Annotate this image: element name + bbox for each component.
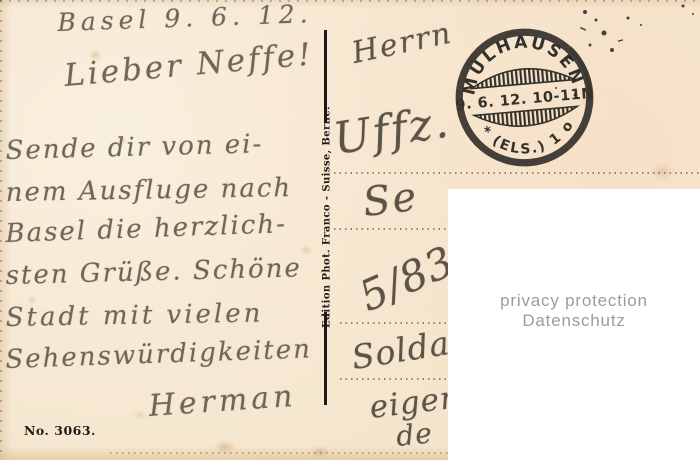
handwritten-address-line: Se bbox=[360, 174, 420, 226]
handwritten-message-line: nem Ausfluge nach bbox=[5, 173, 292, 208]
handwritten-address-line: Herrn bbox=[349, 16, 456, 71]
address-dotted-line bbox=[334, 172, 700, 174]
catalog-number: No. 3063. bbox=[24, 423, 96, 438]
handwritten-message-line: sten Grüße. Schöne bbox=[5, 253, 302, 291]
handwritten-address-line: Uffz. bbox=[330, 96, 453, 165]
perforated-edge-left bbox=[0, 0, 2, 460]
handwritten-signature: Herman bbox=[148, 379, 298, 424]
perforated-edge-bottom bbox=[110, 452, 460, 454]
handwritten-salutation: Lieber Neffe! bbox=[63, 36, 315, 94]
handwritten-message-line: Basel die herzlich- bbox=[5, 209, 287, 249]
publisher-imprint: Edition Phot. Franco - Suisse, Berne. bbox=[322, 106, 333, 328]
divider-rule-bottom bbox=[324, 312, 327, 405]
handwritten-message-line: Sende dir von ei- bbox=[5, 129, 263, 166]
handwritten-address-line: Solda bbox=[349, 323, 453, 377]
privacy-watermark: privacy protection Datenschutz bbox=[448, 189, 700, 460]
handwritten-message-line: Sehenswürdigkeiten bbox=[5, 334, 312, 375]
postcard-back: Basel 9. 6. 12. Lieber Neffe! Sende dir … bbox=[0, 0, 700, 460]
handwritten-address-line: de bbox=[395, 416, 435, 453]
privacy-watermark-line2: Datenschutz bbox=[522, 311, 625, 331]
privacy-watermark-line1: privacy protection bbox=[500, 291, 648, 311]
handwritten-message-line: Stadt mit vielen bbox=[5, 299, 263, 333]
ink-specks bbox=[530, 0, 700, 110]
handwritten-date: Basel 9. 6. 12. bbox=[57, 0, 313, 37]
